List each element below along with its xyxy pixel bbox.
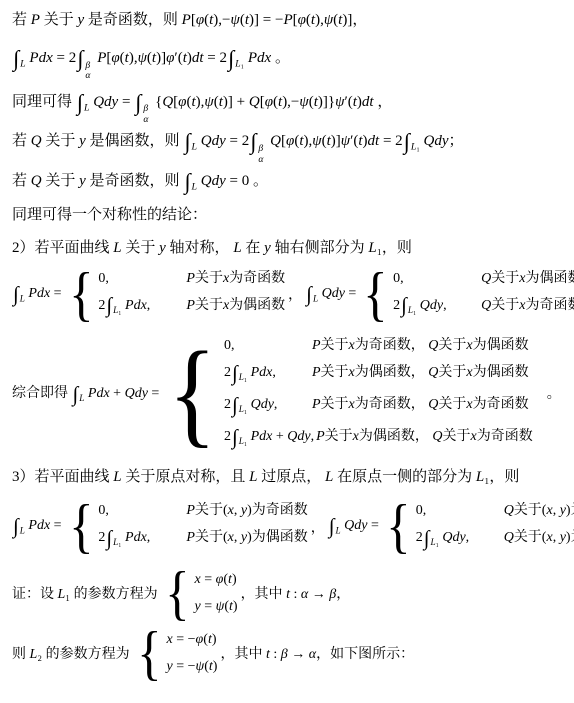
- piecewise-row: 2∫L₁ Pdx,P关于x为偶函数: [98, 292, 285, 324]
- equation-piecewise-pair-1: ∫L Pdx ={0,P关于x为奇函数2∫L₁ Pdx,P关于x为偶函数 ， ∫…: [12, 265, 566, 324]
- piecewise-row: x = φ(t): [195, 566, 238, 593]
- equation-pdx-result: ∫L Pdx = 2∫βα P[φ(t),ψ(t)]φ′(t)dt = 2∫L₁…: [12, 48, 566, 82]
- parametric-cases-L1: 证：设 L₁ 的参数方程为{x = φ(t)y = ψ(t): [12, 566, 238, 620]
- piecewise-pdx-case3: ∫L Pdx ={0,P关于(x, y)为奇函数2∫L₁ Pdx,P关于(x, …: [12, 497, 308, 556]
- piecewise-row: 2∫L₁ Qdy,Q关于x为奇函数: [393, 292, 574, 324]
- left-curly-brace: {: [137, 629, 161, 678]
- paragraph-case3-origin-symmetry: 3）若平面曲线 L 关于原点对称，且 L 过原点， L 在原点一侧的部分为 L₁…: [12, 467, 566, 489]
- piecewise-qdy-case2: ∫L Qdy ={0,Q关于x为偶函数2∫L₁ Qdy,Q关于x为奇函数: [305, 265, 574, 324]
- piecewise-row: 0,Q关于(x, y)为奇函数: [416, 497, 574, 524]
- equation-parametric-L1: 证：设 L₁ 的参数方程为{x = φ(t)y = ψ(t) ，其中 t : α…: [12, 566, 566, 620]
- parametric-L2-range: ，其中 t : β → α，如下图所示：: [220, 643, 414, 663]
- paragraph-p-odd-in-y: 若 P 关于 y 是奇函数，则 P[φ(t),−ψ(t)] = −P[φ(t),…: [12, 10, 566, 32]
- piecewise-row: x = −φ(t): [167, 626, 218, 653]
- piecewise-row: 2∫L₁ Qdy,Q关于(x, y)为偶函数: [416, 524, 574, 556]
- paragraph-q-even-in-y: 若 Q 关于 y 是偶函数，则 ∫L Qdy = 2∫βα Q[φ(t),ψ(t…: [12, 131, 566, 165]
- piecewise-row: 0,P关于x为奇函数: [98, 265, 285, 292]
- paragraph-case2-y-axis-symmetry: 2）若平面曲线 L 关于 y 轴对称， L 在 y 轴右侧部分为 L₁，则: [12, 238, 566, 260]
- comma-separator: ，: [311, 517, 325, 537]
- equation-piecewise-pair-2: ∫L Pdx ={0,P关于(x, y)为奇函数2∫L₁ Pdx,P关于(x, …: [12, 497, 566, 556]
- equation-qdy-expansion: 同理可得 ∫L Qdy = ∫βα {Q[φ(t),ψ(t)] + Q[φ(t)…: [12, 92, 566, 126]
- parametric-cases-L2: 则 L₂ 的参数方程为{x = −φ(t)y = −ψ(t): [12, 626, 217, 680]
- equation-parametric-L2: 则 L₂ 的参数方程为{x = −φ(t)y = −ψ(t) ，其中 t : β…: [12, 626, 566, 680]
- piecewise-row: y = −ψ(t): [167, 653, 218, 680]
- left-curly-brace: {: [363, 270, 387, 319]
- period-mark: 。: [547, 383, 561, 403]
- piecewise-row: 0,P关于(x, y)为奇函数: [98, 497, 307, 524]
- piecewise-row: 2∫L₁ Pdx,P关于(x, y)为偶函数: [98, 524, 307, 556]
- left-curly-brace: {: [165, 569, 189, 618]
- paragraph-symmetry-conclusion: 同理可得一个对称性的结论：: [12, 205, 566, 227]
- piecewise-row: 0,P关于x为奇函数， Q关于x为偶函数: [224, 332, 533, 359]
- piecewise-row: 2∫L₁ Qdy,P关于x为奇函数， Q关于x为奇函数: [224, 391, 533, 423]
- piecewise-pdx-case2: ∫L Pdx ={0,P关于x为奇函数2∫L₁ Pdx,P关于x为偶函数: [12, 265, 285, 324]
- left-curly-brace: {: [69, 502, 93, 551]
- piecewise-qdy-case3: ∫L Qdy ={0,Q关于(x, y)为奇函数2∫L₁ Qdy,Q关于(x, …: [328, 497, 574, 556]
- left-curly-brace: {: [169, 345, 217, 442]
- paragraph-q-odd-in-y: 若 Q 关于 y 是奇函数，则 ∫L Qdy = 0 。: [12, 171, 566, 195]
- document-page: 若 P 关于 y 是奇函数，则 P[φ(t),−ψ(t)] = −P[φ(t),…: [0, 0, 574, 703]
- comma-separator: ，: [288, 284, 302, 304]
- piecewise-row: 2∫L₁ Pdx,P关于x为偶函数， Q关于x为偶函数: [224, 359, 533, 391]
- left-curly-brace: {: [69, 270, 93, 319]
- equation-piecewise-combined: 综合即得 ∫L Pdx + Qdy ={0,P关于x为奇函数， Q关于x为偶函数…: [12, 332, 566, 455]
- piecewise-row: 2∫L₁ Pdx + Qdy,P关于x为偶函数， Q关于x为奇函数: [224, 423, 533, 455]
- left-curly-brace: {: [386, 502, 410, 551]
- piecewise-combined-four-cases: 综合即得 ∫L Pdx + Qdy ={0,P关于x为奇函数， Q关于x为偶函数…: [12, 332, 533, 455]
- piecewise-row: 0,Q关于x为偶函数: [393, 265, 574, 292]
- piecewise-row: y = ψ(t): [195, 593, 238, 620]
- parametric-L1-range: ，其中 t : α → β，: [241, 583, 351, 603]
